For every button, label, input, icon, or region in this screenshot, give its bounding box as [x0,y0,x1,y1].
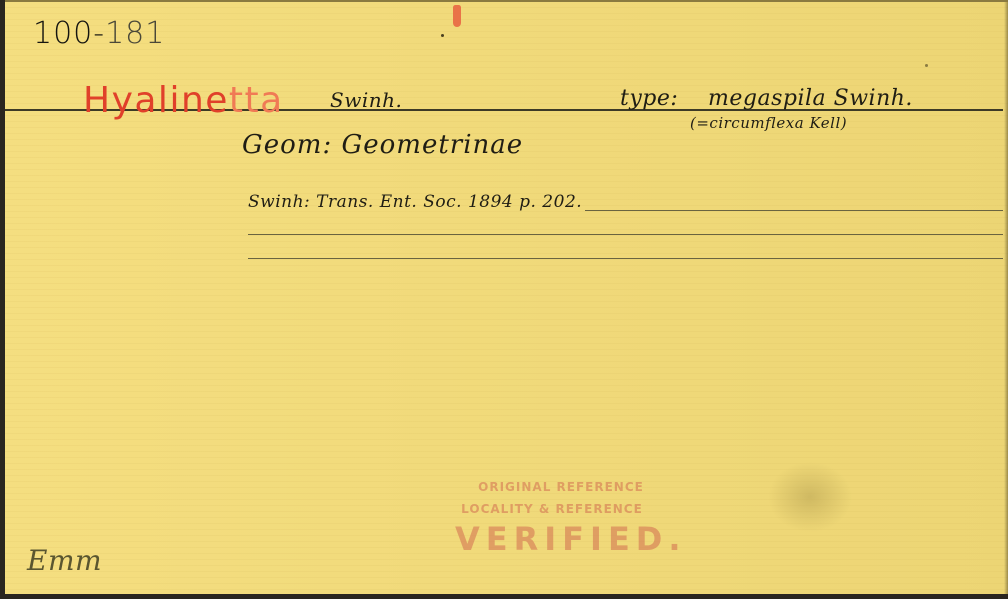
blank-rule-line-1 [248,234,1003,235]
literature-reference: Swinh: Trans. Ent. Soc. 1894 p. 202. [248,192,582,212]
type-species: megaspila Swinh. [708,86,913,111]
genus-name: Hyalinetta [83,80,284,121]
index-card: 100-181 Hyalinetta Swinh. type: megaspil… [5,0,1008,594]
genus-name-faded: tta [229,80,284,121]
genus-name-main: Hyaline [83,80,229,121]
catalog-number: 100-181 [33,16,165,51]
catalog-number-suffix: 181 [105,16,165,51]
stamp-line-3: VERIFIED. [455,520,667,558]
verified-stamp: ORIGINAL REFERENCE LOCALITY & REFERENCE … [437,480,667,558]
red-tab-mark [453,5,461,27]
ink-speck [441,34,444,37]
type-synonym: (=circumflexa Kell) [690,114,847,132]
catalog-number-prefix: 100- [33,16,105,51]
reference-rule-line [585,210,1003,211]
type-label: type: [620,86,678,111]
stamp-line-1: ORIGINAL REFERENCE [455,480,667,494]
stamp-line-2: LOCALITY & REFERENCE [437,502,667,516]
family-subfamily: Geom: Geometrinae [242,130,523,160]
genus-author: Swinh. [330,88,402,112]
blank-rule-line-2 [248,258,1003,259]
ink-speck [925,64,928,67]
curator-initials: Emm [27,544,102,577]
